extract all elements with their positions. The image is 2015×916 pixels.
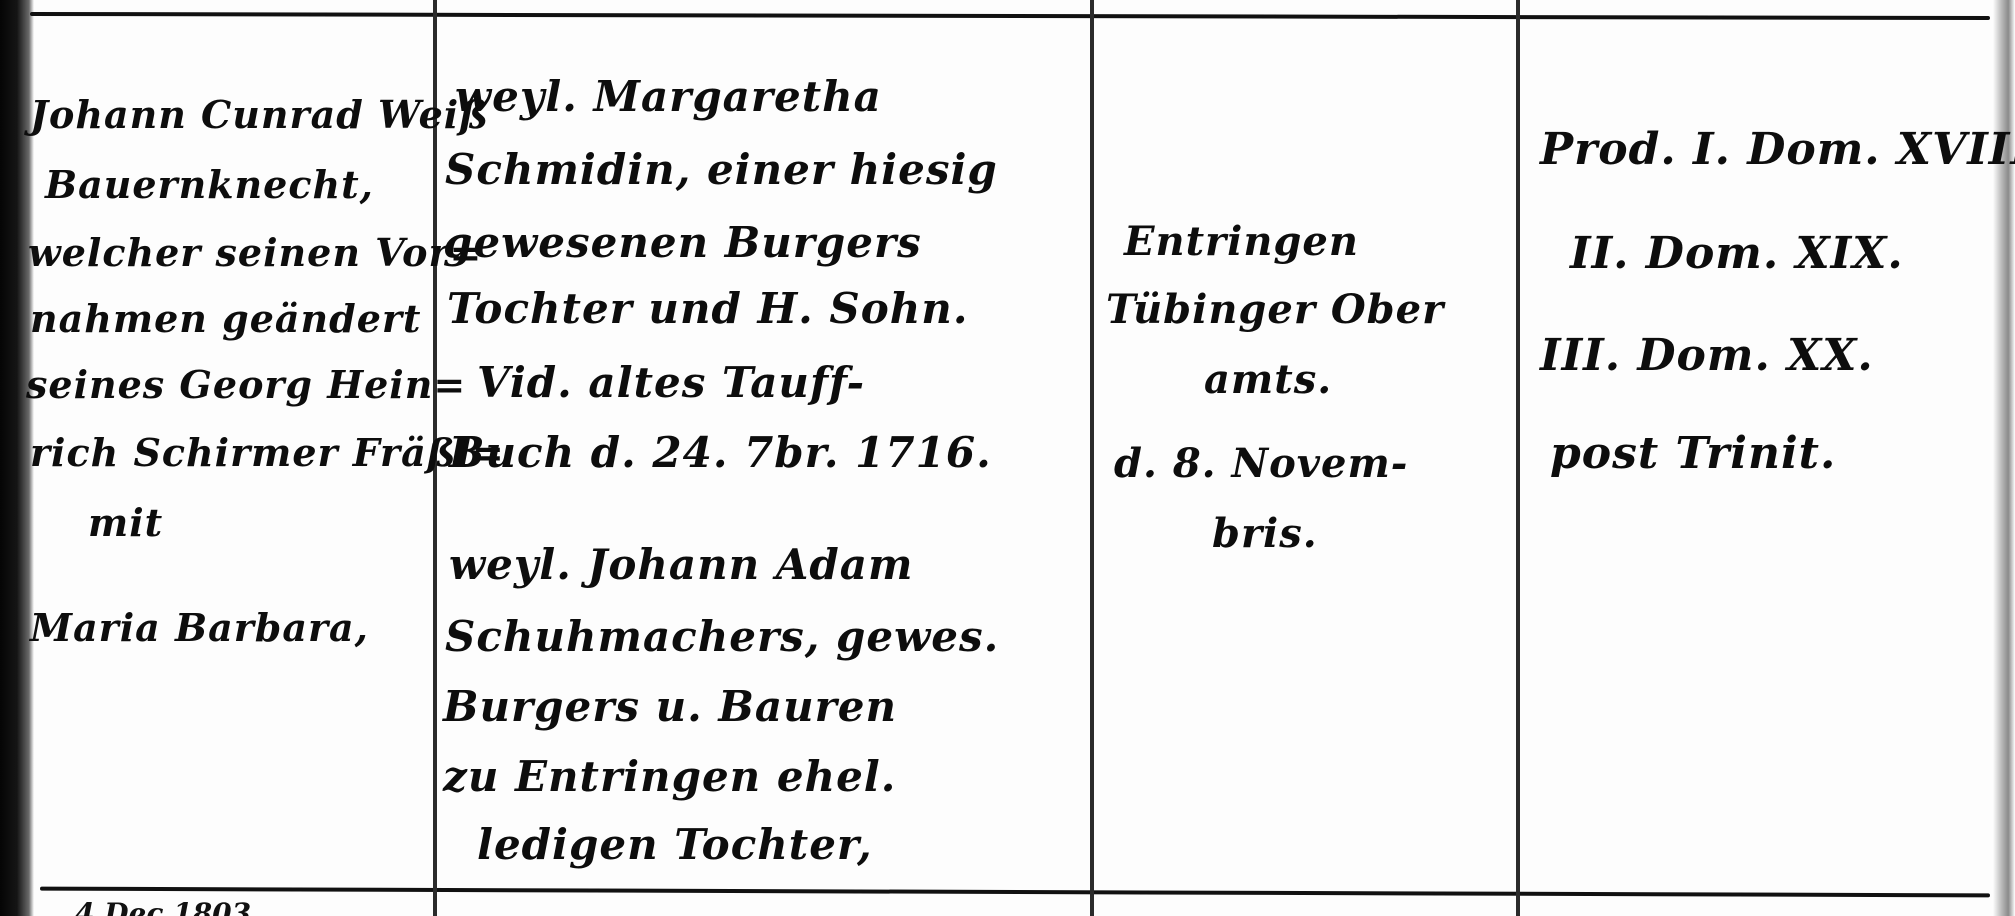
place-line: Entringen — [1124, 218, 1359, 265]
groom-line: seines Georg Hein= — [26, 362, 466, 407]
groom-line: Bauernknecht, — [45, 162, 374, 207]
bride-line: Vid. altes Tauff- — [477, 358, 865, 407]
bride-line: weyl. Margaretha — [455, 72, 882, 121]
bride-line: Burgers u. Bauren — [443, 682, 897, 731]
bride-line: ledigen Tochter, — [477, 820, 873, 869]
bride-line: gewesenen Burgers — [443, 218, 922, 267]
groom-line: rich Schirmer Fräßl= — [30, 430, 505, 475]
book-binding-shadow — [0, 0, 34, 916]
place-line: Tübinger Ober — [1106, 286, 1444, 333]
bride-line: Schmidin, einer hiesig — [445, 145, 998, 194]
groom-line: nahmen geändert — [30, 296, 421, 341]
date-line: bris. — [1212, 510, 1318, 557]
proclamation-line: Prod. I. Dom. XVIII. — [1540, 124, 2015, 175]
column-divider-2 — [1090, 0, 1094, 916]
proclamation-line: III. Dom. XX. — [1540, 330, 1874, 381]
date-line: d. 8. Novem- — [1114, 440, 1408, 487]
groom-line: Johann Cunrad Weiß — [30, 92, 489, 137]
bride-name-line: Maria Barbara, — [30, 605, 369, 650]
register-page: Johann Cunrad Weiß Bauernknecht, welcher… — [0, 0, 2015, 916]
groom-line: welcher seinen Vor= — [28, 230, 482, 275]
bride-line: Schuhmachers, gewes. — [445, 612, 999, 661]
column-divider-3 — [1516, 0, 1520, 916]
groom-line: mit — [88, 500, 163, 545]
bride-line: Buch d. 24. 7br. 1716. — [449, 428, 992, 477]
proclamation-line: post Trinit. — [1550, 428, 1836, 479]
bride-line: weyl. Johann Adam — [449, 540, 913, 589]
bottom-rule — [40, 887, 1990, 898]
place-line: amts. — [1204, 356, 1332, 403]
bride-line: Tochter und H. Sohn. — [447, 284, 968, 333]
top-rule — [30, 12, 1990, 20]
next-entry-fragment: 4 Dec 1803 — [75, 896, 251, 916]
bride-line: zu Entringen ehel. — [443, 752, 896, 801]
proclamation-line: II. Dom. XIX. — [1570, 228, 1904, 279]
